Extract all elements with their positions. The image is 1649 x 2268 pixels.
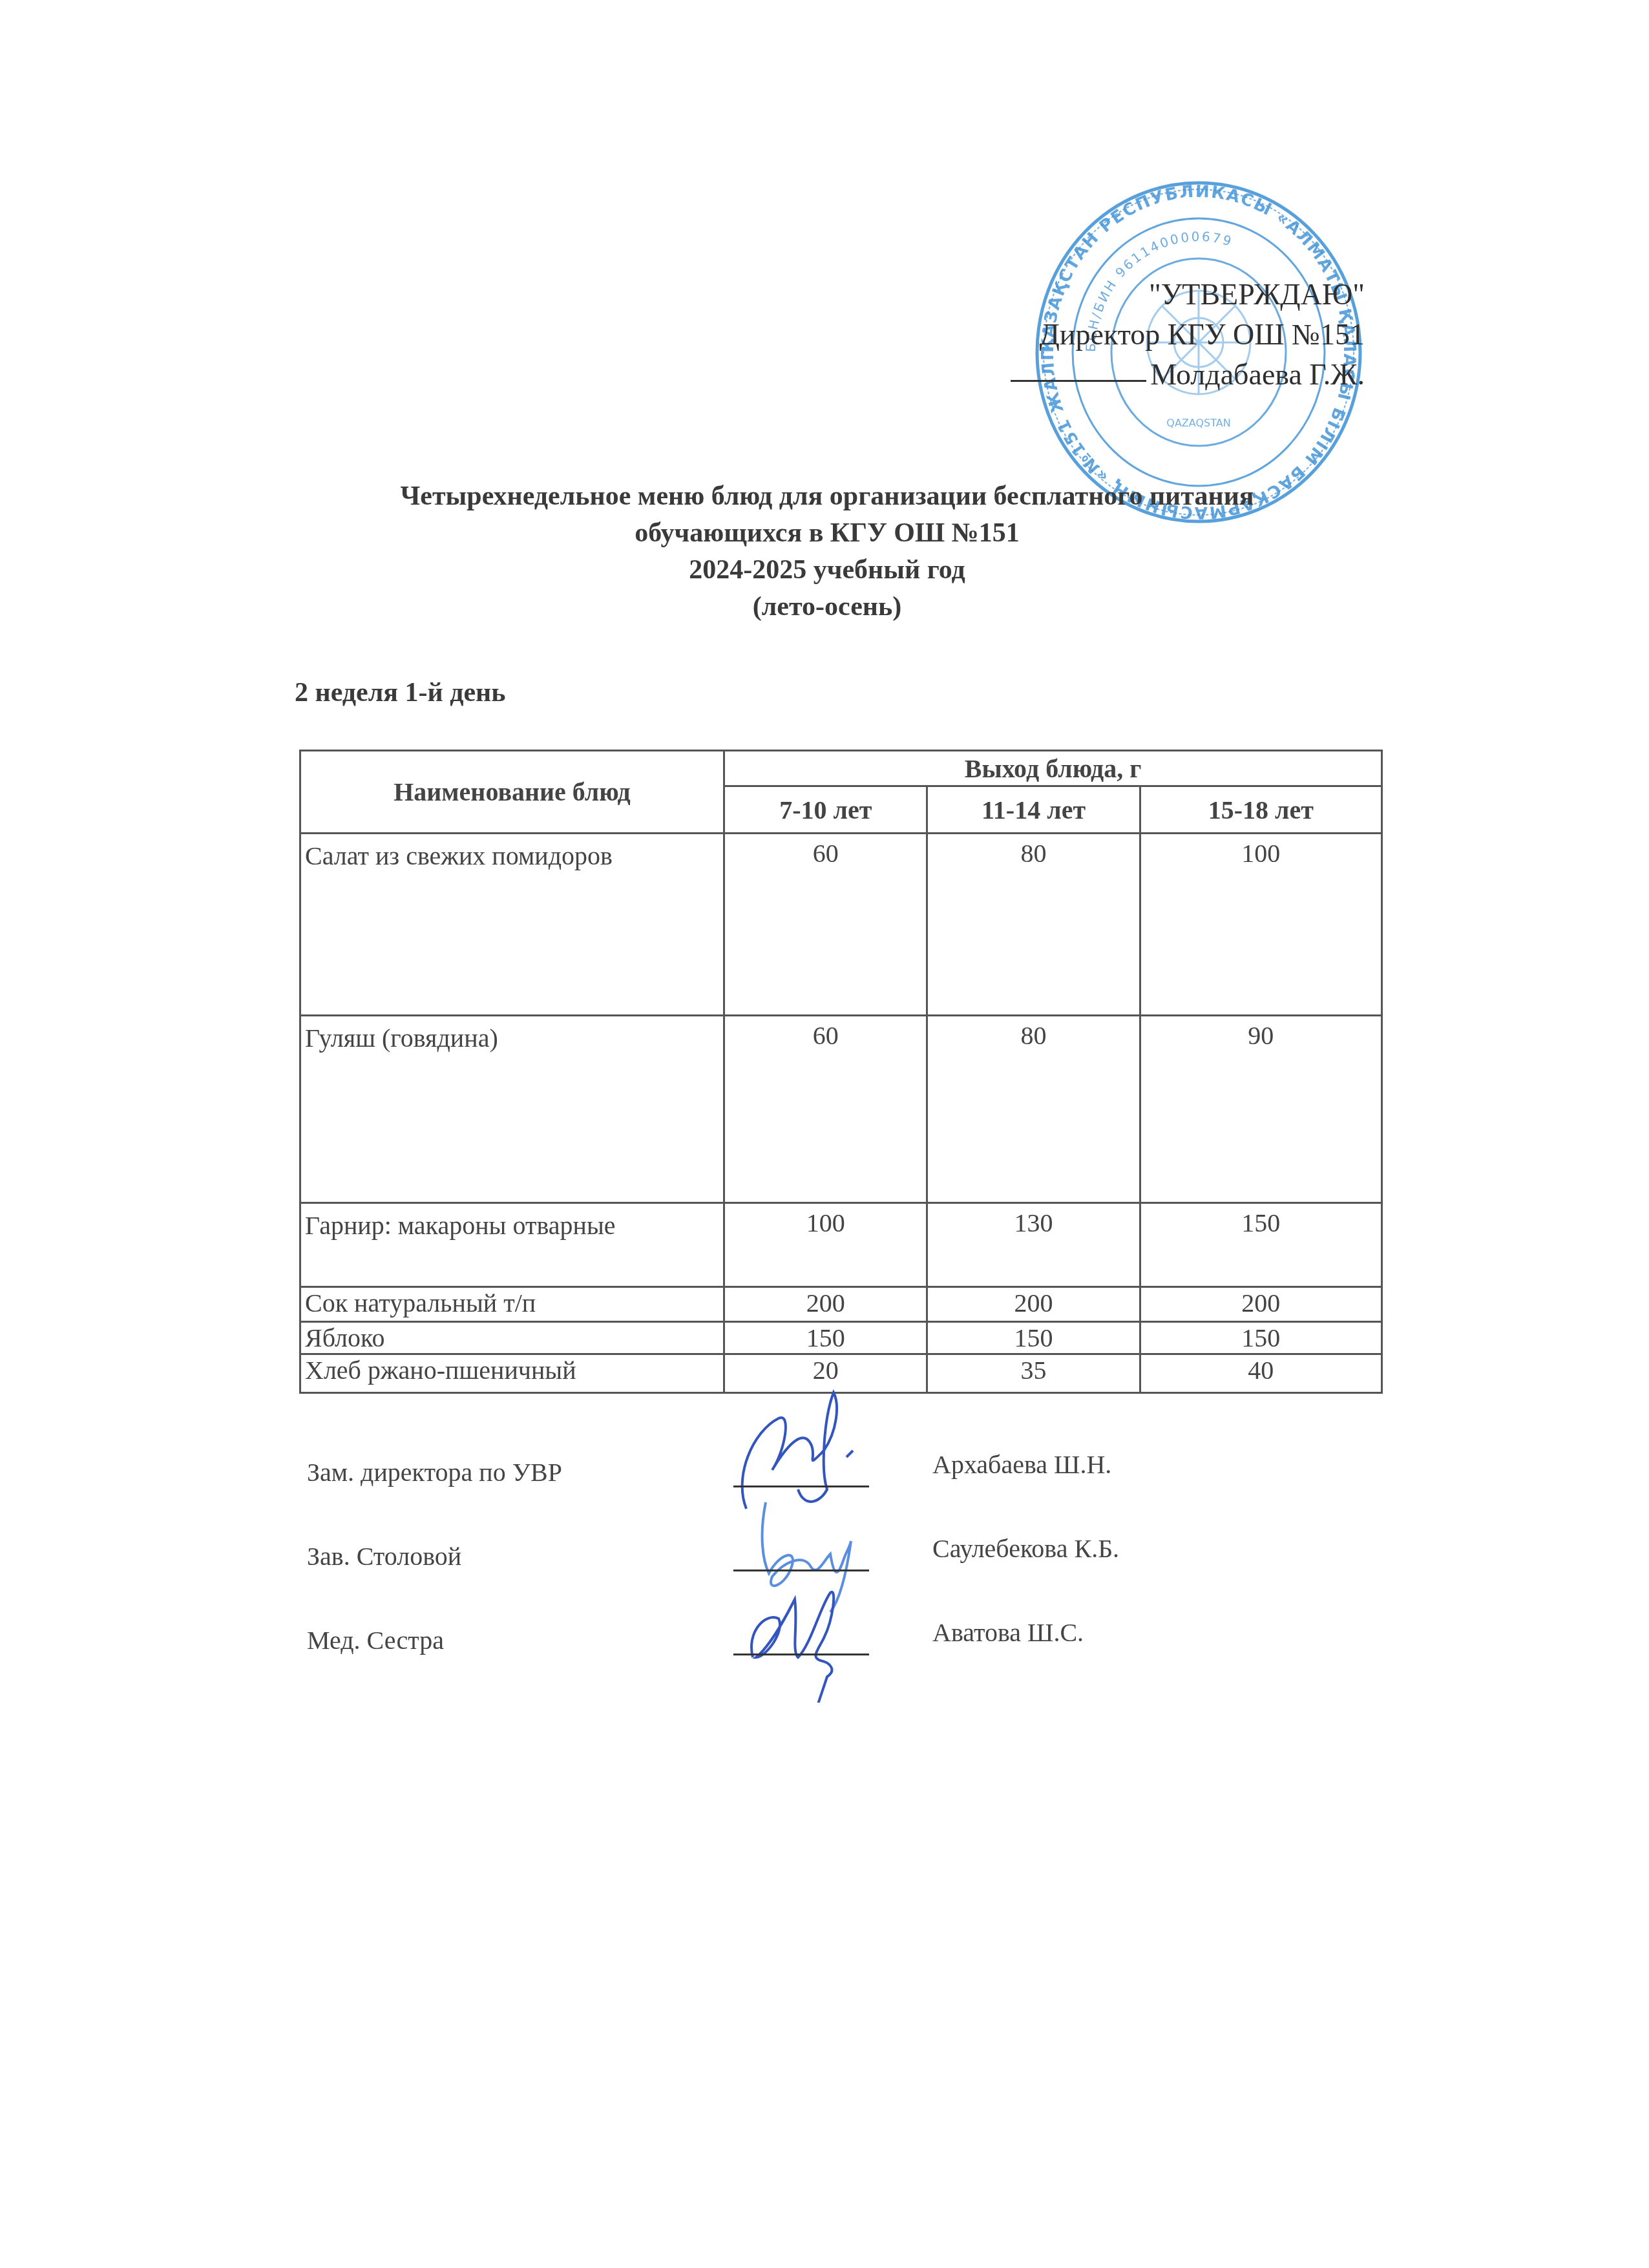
approval-heading: "УТВЕРЖДАЮ" (1011, 275, 1365, 315)
yield-7-10: 100 (724, 1203, 927, 1287)
yield-11-14: 80 (927, 1016, 1140, 1203)
signature-role: Мед. Сестра (307, 1625, 444, 1655)
dish-name: Салат из свежих помидоров (300, 834, 724, 1016)
document-title: Четырехнедельное меню блюд для организац… (233, 478, 1422, 625)
dish-name: Сок натуральный т/п (300, 1287, 724, 1322)
yield-7-10: 200 (724, 1287, 927, 1322)
approval-block: "УТВЕРЖДАЮ" Директор КГУ ОШ №151 Молдаба… (1011, 275, 1365, 395)
yield-15-18: 100 (1140, 834, 1381, 1016)
yield-7-10: 60 (724, 1016, 927, 1203)
table-row: Салат из свежих помидоров 60 80 100 (300, 834, 1382, 1016)
day-label: 2 неделя 1-й день (295, 677, 505, 708)
yield-15-18: 150 (1140, 1203, 1381, 1287)
header-age-15-18: 15-18 лет (1140, 786, 1381, 834)
yield-7-10: 150 (724, 1322, 927, 1354)
yield-11-14: 130 (927, 1203, 1140, 1287)
header-age-7-10: 7-10 лет (724, 786, 927, 834)
table-row: Гуляш (говядина) 60 80 90 (300, 1016, 1382, 1203)
approval-name: Молдабаева Г.Ж. (1150, 358, 1365, 391)
title-line-1: Четырехнедельное меню блюд для организац… (233, 478, 1422, 515)
table-row: Гарнир: макароны отварные 100 130 150 (300, 1203, 1382, 1287)
dish-name: Гуляш (говядина) (300, 1016, 724, 1203)
dish-name: Хлеб ржано-пшеничный (300, 1354, 724, 1393)
yield-15-18: 150 (1140, 1322, 1381, 1354)
title-line-4: (лето-осень) (233, 589, 1422, 625)
signatory-name: Аватова Ш.С. (932, 1617, 1084, 1648)
yield-7-10: 60 (724, 834, 927, 1016)
yield-15-18: 40 (1140, 1354, 1381, 1393)
yield-15-18: 200 (1140, 1287, 1381, 1322)
approval-position: Директор КГУ ОШ №151 (1011, 315, 1365, 355)
signatory-name: Архабаева Ш.Н. (932, 1449, 1111, 1480)
signature-role: Зам. директора по УВР (307, 1457, 562, 1487)
signature-row: Мед. Сестра Аватова Ш.С. (307, 1625, 1276, 1683)
signatory-name: Саулебекова К.Б. (932, 1533, 1119, 1564)
yield-11-14: 35 (927, 1354, 1140, 1393)
handwritten-signature-icon (708, 1548, 901, 1703)
header-yield: Выход блюда, г (724, 751, 1382, 786)
yield-15-18: 90 (1140, 1016, 1381, 1203)
yield-11-14: 150 (927, 1322, 1140, 1354)
table-row: Сок натуральный т/п 200 200 200 (300, 1287, 1382, 1322)
header-dish-name: Наименование блюд (300, 751, 724, 834)
dish-name: Гарнир: макароны отварные (300, 1203, 724, 1287)
svg-text:QAZAQSTAN: QAZAQSTAN (1166, 417, 1230, 429)
header-age-11-14: 11-14 лет (927, 786, 1140, 834)
yield-11-14: 80 (927, 834, 1140, 1016)
signature-role: Зав. Столовой (307, 1541, 461, 1571)
approval-name-row: Молдабаева Г.Ж. (1011, 355, 1365, 395)
signature-line (733, 1654, 869, 1655)
menu-table: Наименование блюд Выход блюда, г 7-10 ле… (299, 750, 1383, 1394)
table-header-row: Наименование блюд Выход блюда, г (300, 751, 1382, 786)
approval-signature-line (1011, 380, 1146, 382)
dish-name: Яблоко (300, 1322, 724, 1354)
title-line-3: 2024-2025 учебный год (233, 552, 1422, 589)
table-row: Яблоко 150 150 150 (300, 1322, 1382, 1354)
yield-11-14: 200 (927, 1287, 1140, 1322)
title-line-2: обучающихся в КГУ ОШ №151 (233, 515, 1422, 552)
